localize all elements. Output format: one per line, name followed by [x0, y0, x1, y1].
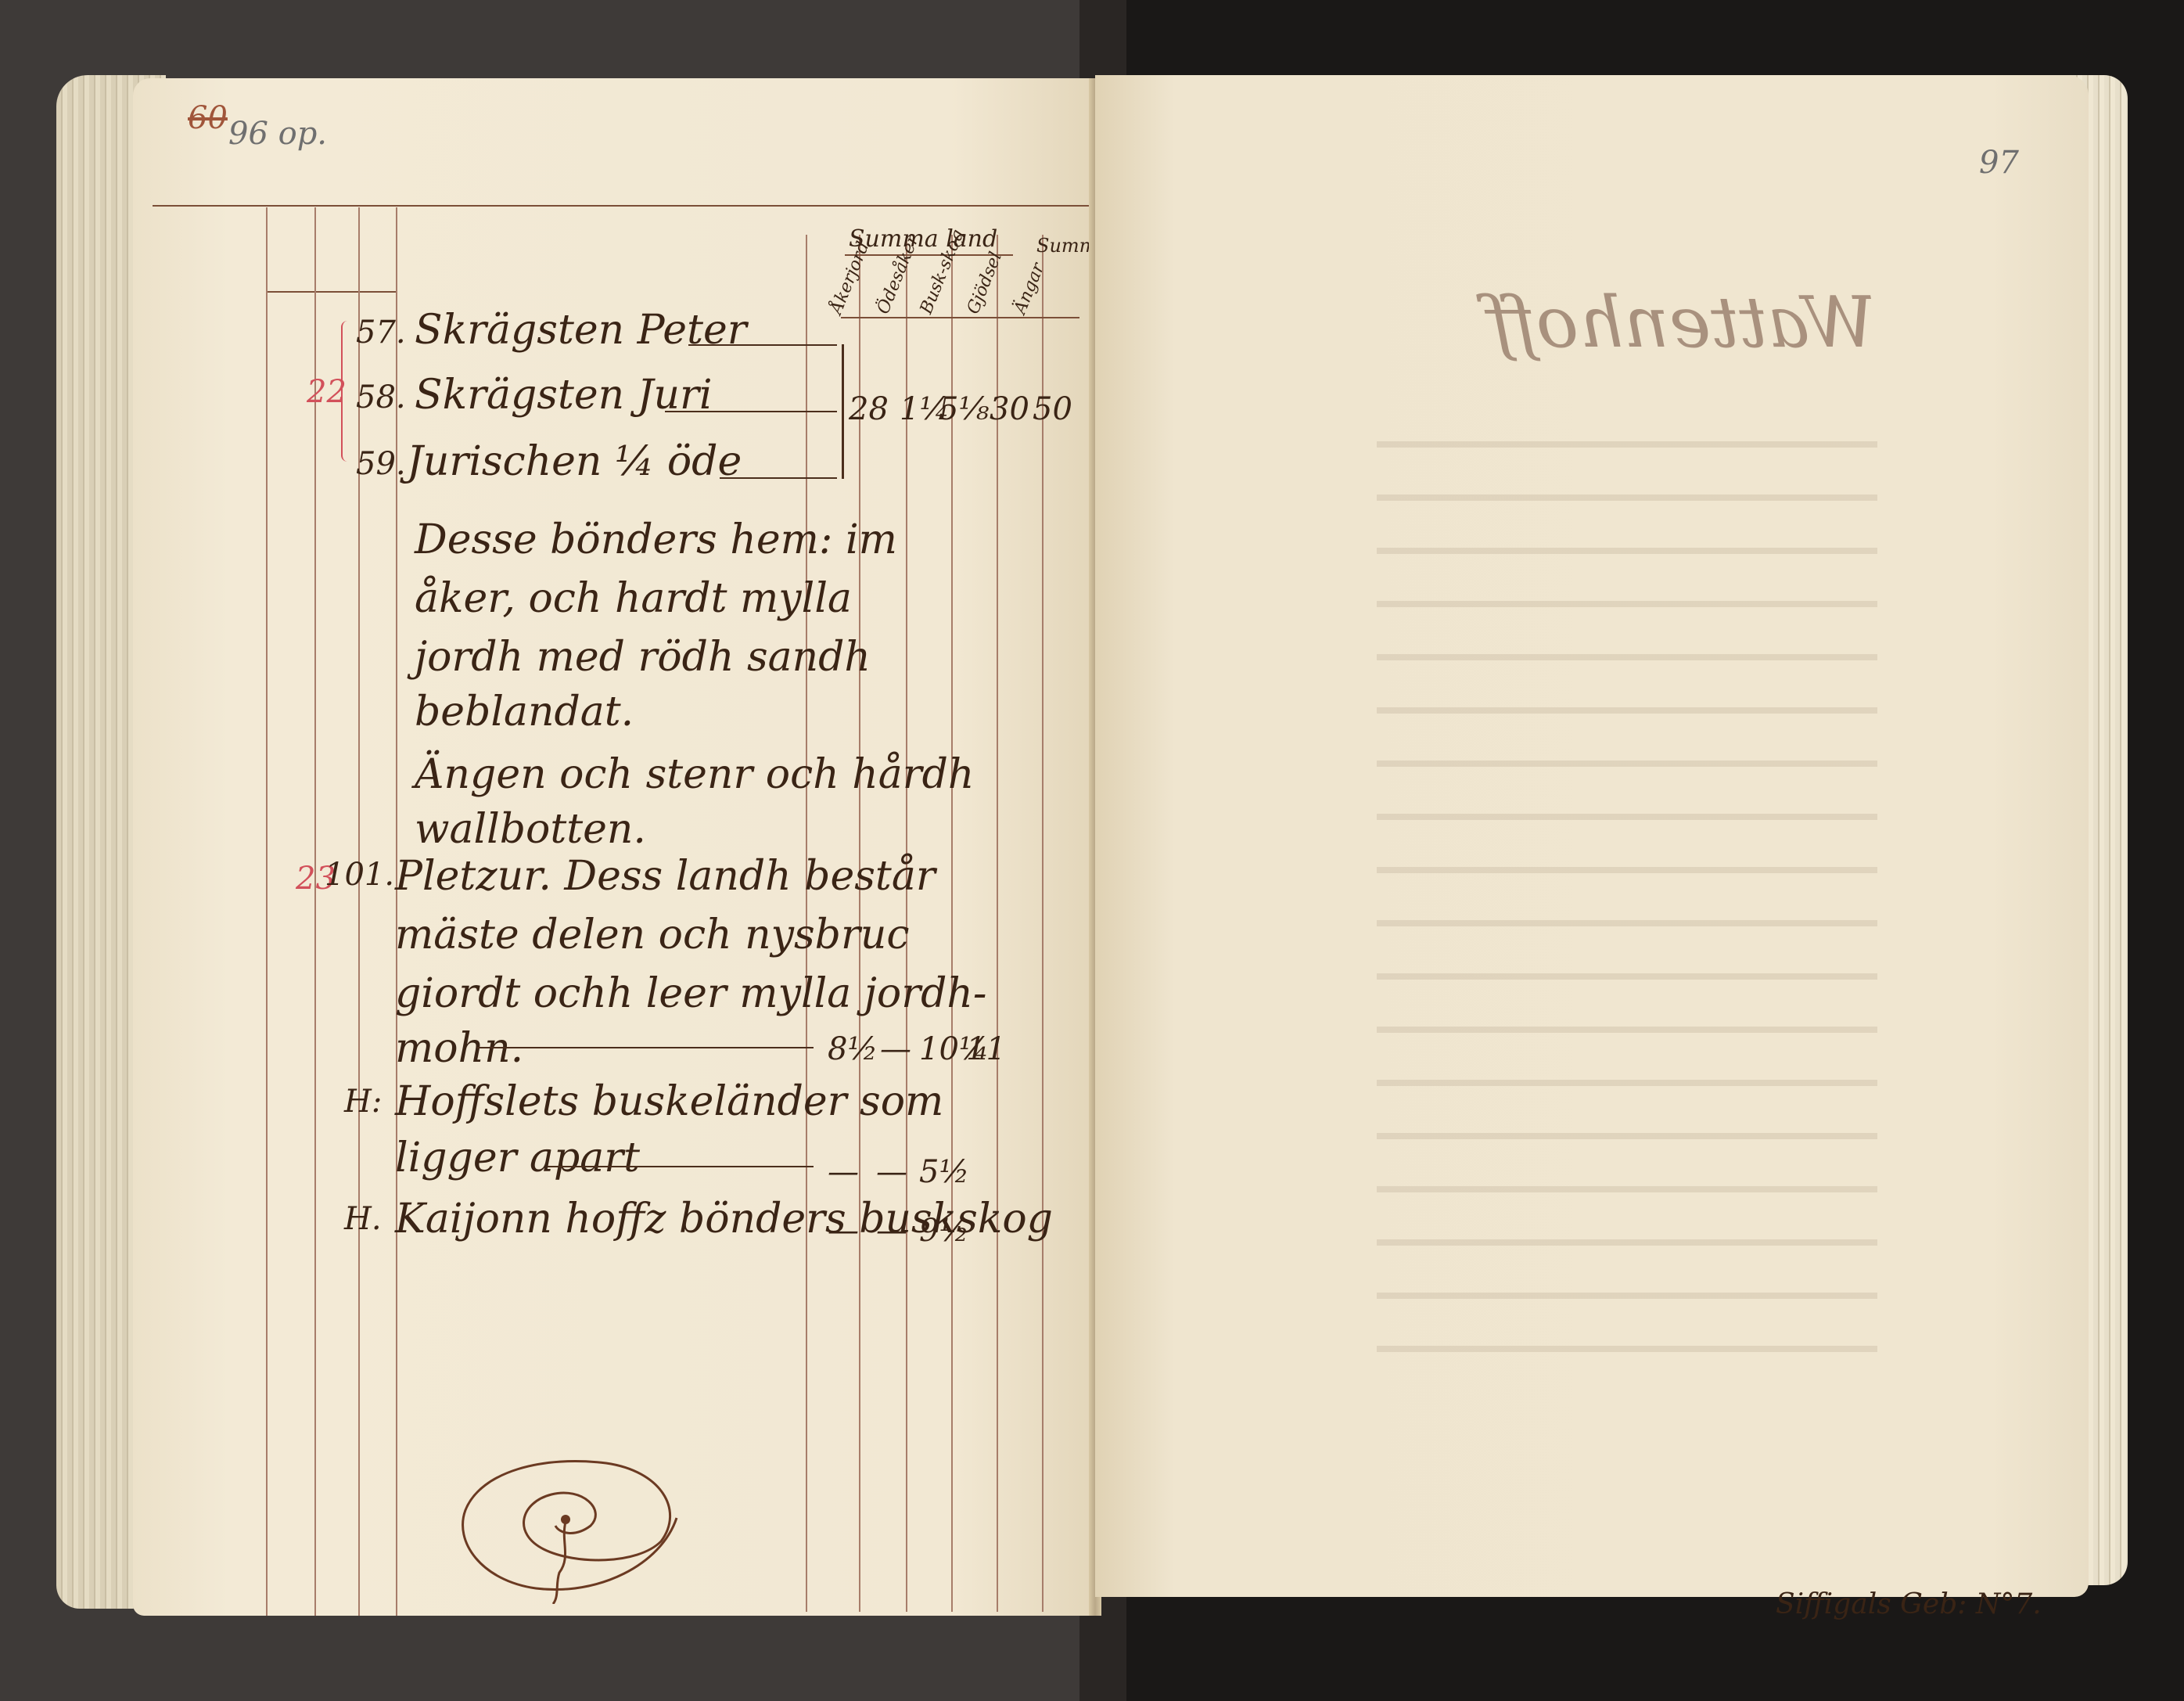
offset-heading-mirrored: Wattenhoff: [1486, 282, 1876, 364]
value-group22-col3: 5⅛: [939, 391, 989, 427]
description-1-line-4: beblandat.: [415, 689, 634, 735]
spiral-flourish-icon: [450, 1440, 684, 1604]
entry-h2-value-3: 9½: [919, 1213, 969, 1249]
entry-h2-value-2: —: [876, 1213, 907, 1249]
red-bracket: [341, 321, 354, 462]
column-header-rule: [841, 317, 1079, 318]
description-1-line-1: Desse bönders hem: im: [415, 516, 897, 563]
entry-h2-value-1: —: [828, 1213, 859, 1249]
margin-rule-1: [266, 207, 268, 1616]
corner-note-crossed: 60: [188, 100, 228, 136]
margin-header-rule: [266, 291, 397, 293]
margin-rule-2: [314, 207, 316, 1616]
leader-line: [720, 477, 837, 479]
entry-h1-value-3: 5½: [919, 1154, 969, 1190]
entry-h1-line-2: ligger apart: [395, 1135, 640, 1181]
leader-line: [665, 411, 837, 412]
data-rule-6: [1042, 235, 1044, 1612]
entry-h2-no: H.: [344, 1201, 382, 1237]
entry-59-no: 59.: [356, 446, 406, 482]
entry-101-value-4: 11: [966, 1031, 1006, 1067]
leader-line: [688, 344, 837, 346]
entry-h1-no: H:: [344, 1084, 382, 1120]
entry-h1-value-1: —: [828, 1154, 859, 1190]
page-number: 97: [1979, 145, 2019, 181]
entry-58-no: 58.: [356, 379, 406, 415]
group-bracket: [834, 344, 844, 479]
entry-101-value-1: 8½: [828, 1031, 878, 1067]
leader-line: [477, 1047, 814, 1048]
value-group22-col4: 30: [990, 391, 1029, 427]
entry-101-no: 101.: [325, 857, 394, 893]
entry-101-line-4: mohn.: [395, 1025, 523, 1072]
description-2-line-1: Ängen och stenr och hårdh: [415, 751, 974, 798]
entry-h1-value-2: —: [876, 1154, 907, 1190]
corner-note-pencil: 96 op.: [228, 116, 327, 152]
top-rule: [153, 205, 1115, 207]
description-2-line-2: wallbotten.: [415, 806, 646, 853]
margin-rule-3: [358, 207, 360, 1616]
offset-text-block: [1377, 407, 1877, 1393]
leader-line: [548, 1166, 814, 1167]
entry-101-line-1: Pletzur. Dess landh består: [395, 853, 936, 900]
entry-59-name: Jurischen ¼ öde: [407, 438, 742, 485]
entry-h1-line-1: Hoffslets buskeländer som: [395, 1078, 943, 1125]
description-1-line-3: jordh med rödh sandh: [415, 634, 871, 681]
footer-signature: Siffigals Geb: N°7.: [1776, 1588, 2042, 1620]
description-1-line-2: åker, och hardt mylla: [415, 575, 852, 622]
entry-101-value-2: —: [880, 1031, 911, 1067]
data-rule-5: [997, 235, 998, 1612]
data-rule-4: [951, 235, 953, 1612]
entry-57-name: Skrägsten Peter: [415, 307, 747, 354]
entry-57-no: 57.: [356, 315, 406, 351]
entry-101-line-3: giordt ochh leer mylla jordh-: [395, 970, 986, 1017]
entry-101-line-2: mäste delen och nysbruc: [395, 912, 909, 958]
value-group22-col1: 28: [849, 391, 889, 427]
value-group22-col5: 50: [1033, 391, 1072, 427]
